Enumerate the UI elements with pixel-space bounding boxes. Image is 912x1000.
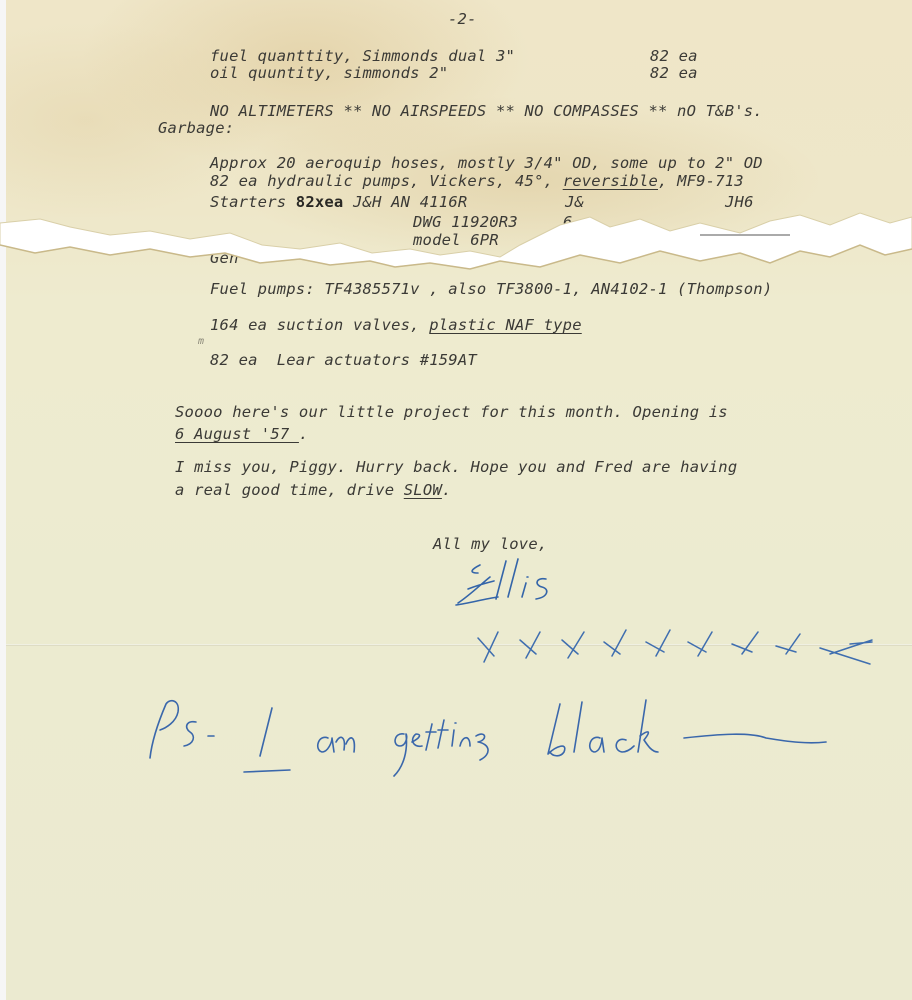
letter-page	[6, 0, 912, 1000]
garbage-heading: Garbage:	[158, 119, 234, 137]
handwritten-postscript	[140, 690, 840, 780]
item-suction-valves: 164 ea suction valves, plastic NAF type	[210, 316, 582, 334]
gauge-qty-fuel: 82 ea	[650, 47, 698, 65]
page-number: -2-	[448, 10, 477, 28]
paragraph-project-date: 6 August '57 .	[175, 425, 308, 443]
item-hydraulic-pumps: 82 ea hydraulic pumps, Vickers, 45°, rev…	[210, 172, 744, 190]
gauge-qty-oil: 82 ea	[650, 64, 698, 82]
item-lear-actuators: 82 ea Lear actuators #159AT	[210, 351, 477, 369]
item-fuel-pumps: Fuel pumps: TF4385571v , also TF3800-1, …	[210, 280, 772, 298]
gauge-item-oil: oil quuntity, simmonds 2"	[210, 64, 448, 82]
item-hoses: Approx 20 aeroquip hoses, mostly 3/4" OD…	[210, 154, 763, 172]
paragraph-project-line1: Soooo here's our little project for this…	[175, 403, 728, 421]
torn-paper-damage	[0, 205, 912, 280]
paragraph-personal-line2: a real good time, drive SLOW.	[175, 481, 451, 499]
paragraph-personal-line1: I miss you, Piggy. Hurry back. Hope you …	[175, 458, 737, 476]
signature-ellis	[450, 555, 570, 615]
margin-mark: m	[198, 336, 204, 347]
notice-line: NO ALTIMETERS ** NO AIRSPEEDS ** NO COMP…	[210, 102, 763, 120]
handwritten-kisses	[470, 620, 890, 670]
gauge-item-fuel: fuel quanttity, Simmonds dual 3"	[210, 47, 515, 65]
closing: All my love,	[433, 535, 547, 553]
